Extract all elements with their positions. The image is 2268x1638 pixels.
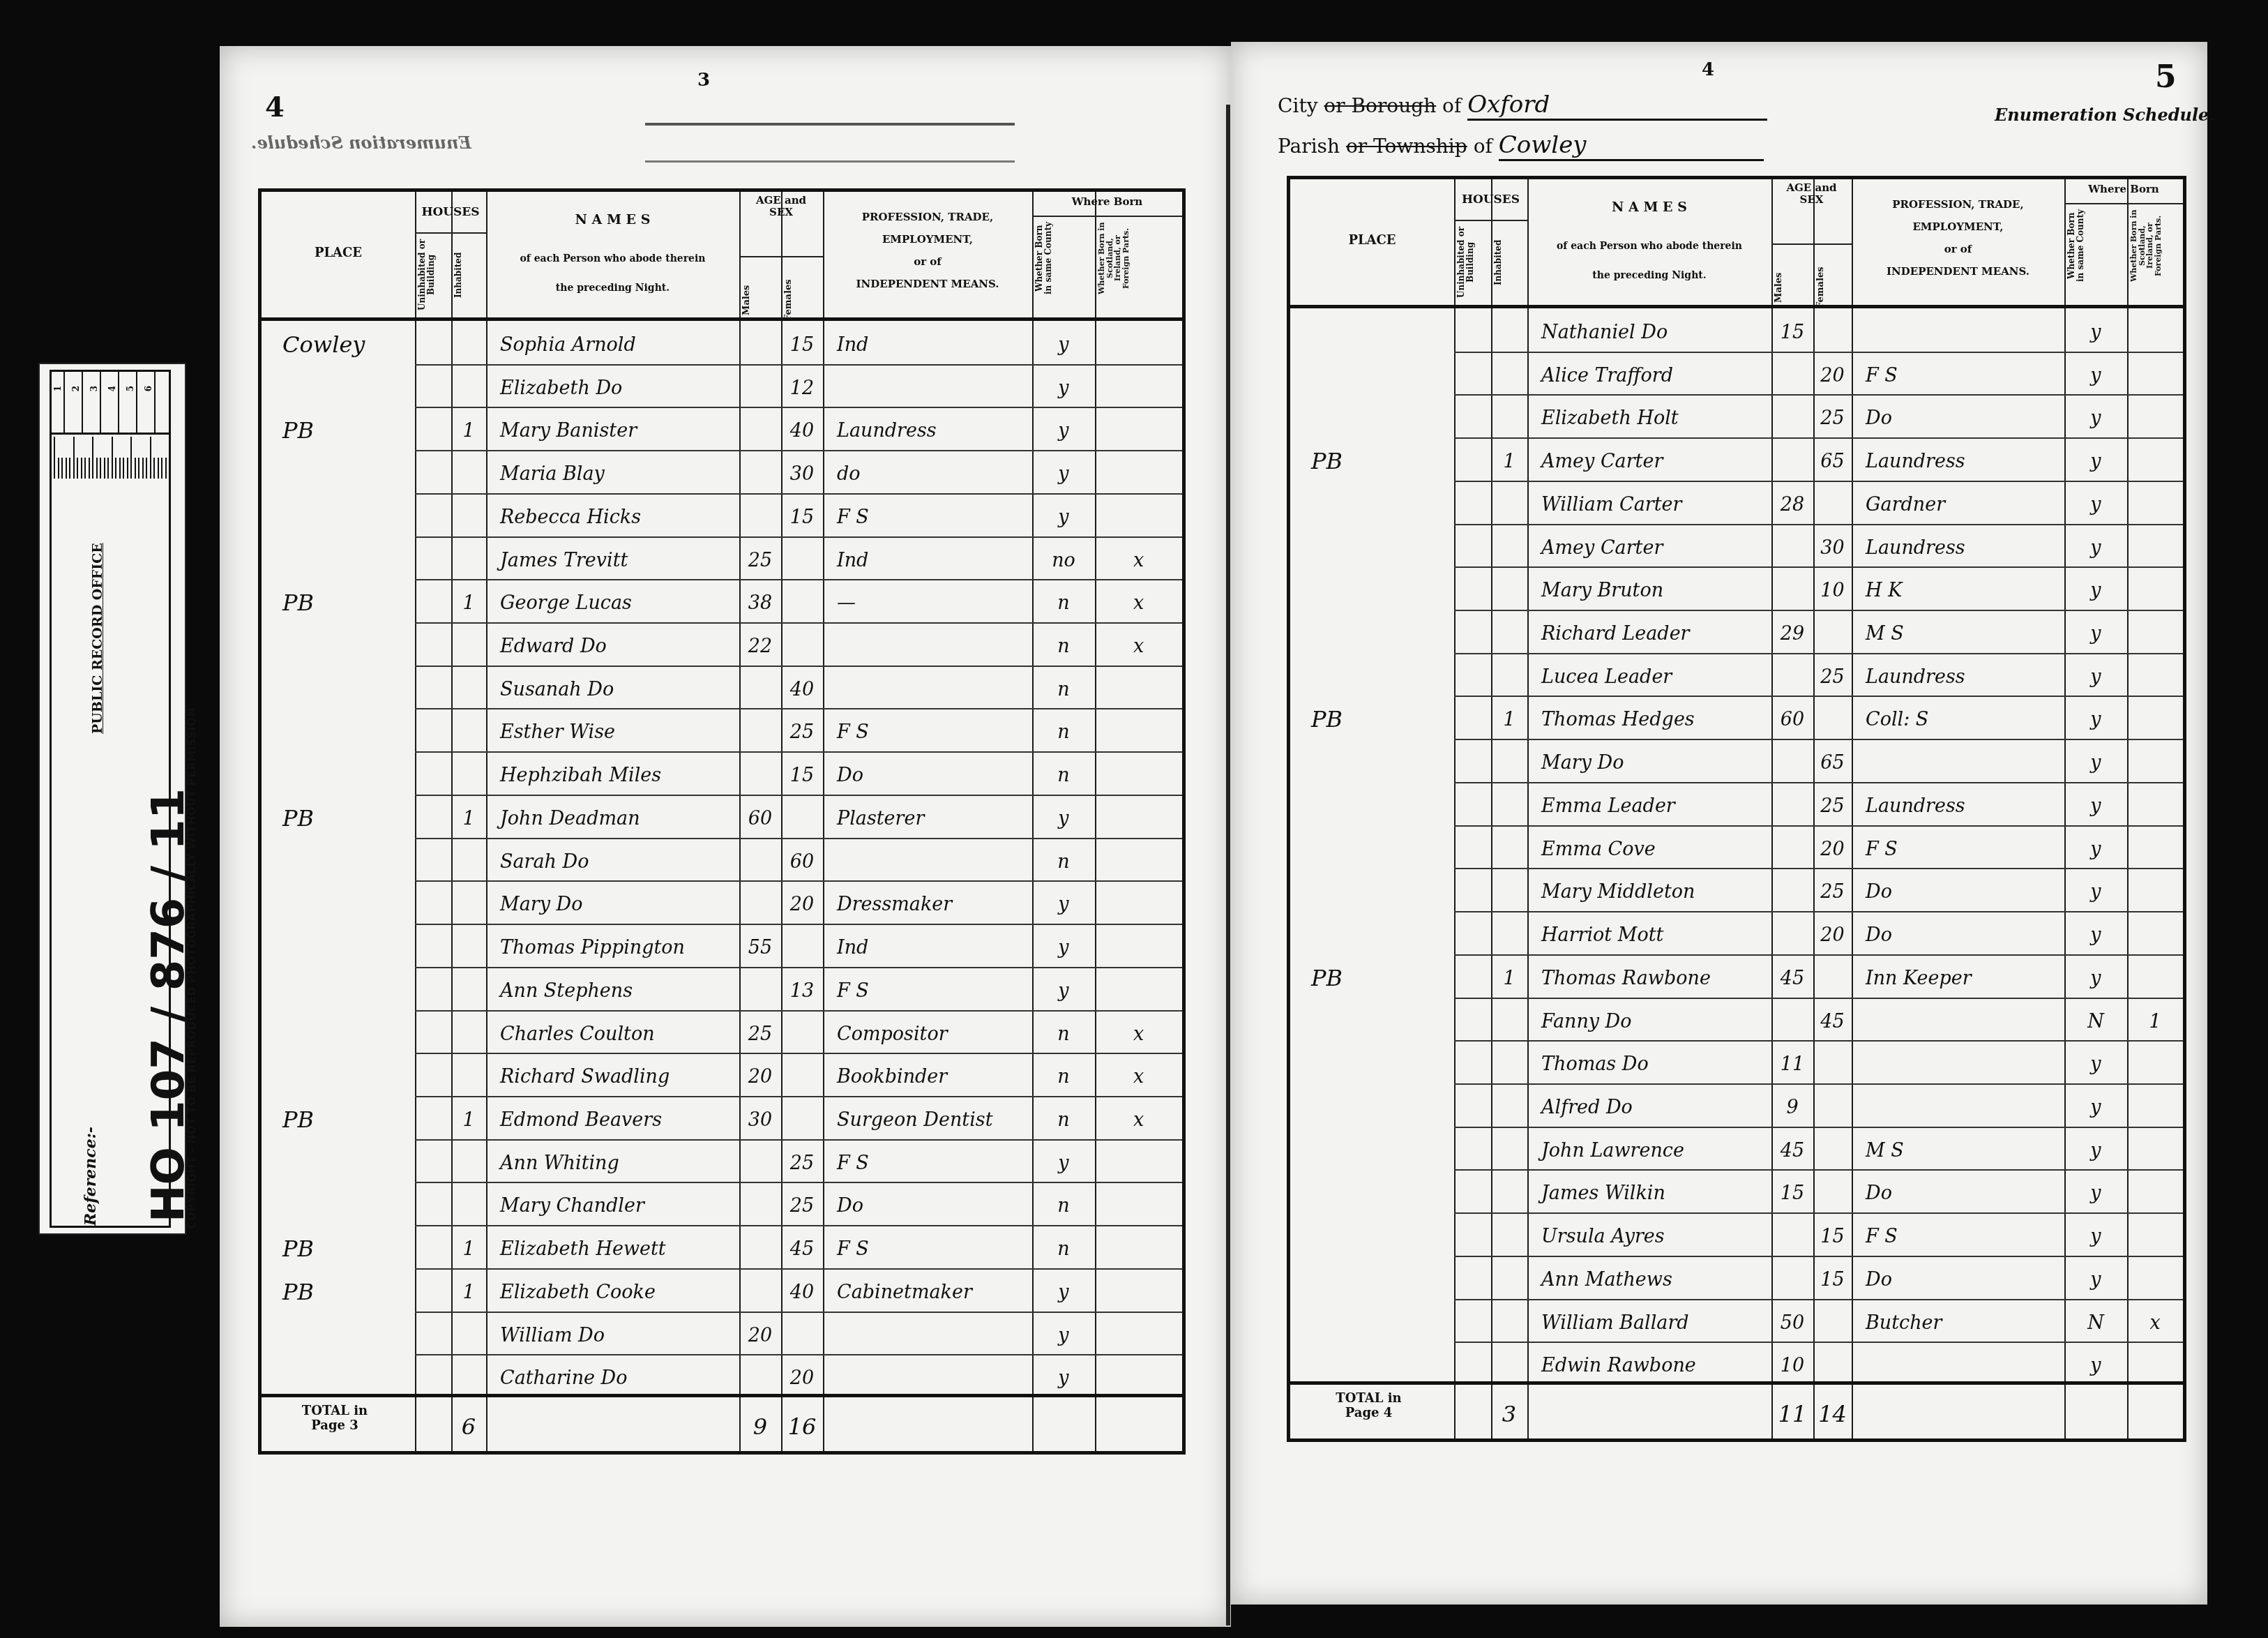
column-header-born-county: Whether Born in same County xyxy=(1035,220,1092,296)
column-divider xyxy=(1852,179,1853,1438)
males-cell: 60 xyxy=(1771,698,1813,742)
name-cell: Charles Coulton xyxy=(500,1013,739,1056)
profession-cell: Bookbinder xyxy=(837,1055,1032,1099)
males-cell: 11 xyxy=(1771,1043,1813,1086)
inhabited-cell: 1 xyxy=(451,1228,486,1271)
females-cell: 40 xyxy=(781,1271,823,1314)
profession-cell: F S xyxy=(837,1142,1032,1185)
born-county-cell: y xyxy=(2064,440,2127,483)
inhabited-cell: 1 xyxy=(451,409,486,453)
profession-cell: Cabinetmaker xyxy=(837,1271,1032,1314)
females-cell: 13 xyxy=(781,970,823,1013)
row-divider xyxy=(1454,696,2183,697)
ruler-cm-line xyxy=(63,370,65,433)
name-cell: Mary Chandler xyxy=(500,1185,739,1228)
profession-cell: Surgeon Dentist xyxy=(837,1099,1032,1142)
ruler-cm-label: 2 xyxy=(71,386,81,391)
females-cell: 20 xyxy=(1813,354,1852,398)
place-cell: PB xyxy=(1311,440,1454,483)
born-abroad-cell: x xyxy=(1095,1055,1182,1099)
row-divider xyxy=(1454,1083,2183,1085)
females-cell: 45 xyxy=(1813,1000,1852,1044)
row-divider xyxy=(415,1182,1182,1183)
profession-cell: F S xyxy=(837,711,1032,754)
females-cell: 15 xyxy=(781,754,823,797)
row-divider xyxy=(415,622,1182,624)
born-county-cell: y xyxy=(2064,1344,2127,1388)
copyright-notice: COPYRIGHT - NOT TO BE REPRODUCED PHOTOGR… xyxy=(185,707,198,1229)
row-divider xyxy=(1454,1212,2183,1214)
row-divider xyxy=(415,1225,1182,1226)
name-cell: Richard Swadling xyxy=(500,1055,739,1099)
name-cell: John Deadman xyxy=(500,797,739,841)
profession-cell: Laundress xyxy=(1866,656,2064,699)
born-abroad-cell: x xyxy=(1095,582,1182,625)
profession-cell: Plasterer xyxy=(837,797,1032,841)
born-county-cell: y xyxy=(2064,914,2127,957)
column-header-profession: EMPLOYMENT, xyxy=(1852,221,2064,233)
males-cell: 30 xyxy=(739,1099,781,1142)
profession-cell: Do xyxy=(837,1185,1032,1228)
males-cell: 29 xyxy=(1771,613,1813,656)
born-county-cell: y xyxy=(1032,367,1095,410)
name-cell: Elizabeth Hewett xyxy=(500,1228,739,1271)
row-divider xyxy=(1454,566,2183,568)
name-cell: Sophia Arnold xyxy=(500,324,739,367)
name-cell: William Ballard xyxy=(1541,1302,1771,1345)
ruler-tick xyxy=(81,458,82,479)
females-cell: 20 xyxy=(1813,828,1852,871)
row-divider xyxy=(415,1312,1182,1313)
total-label: TOTAL in Page 4 xyxy=(1290,1392,1447,1420)
ruler-tick xyxy=(119,458,121,479)
females-cell: 65 xyxy=(1813,440,1852,483)
ruler-tick xyxy=(104,458,105,479)
profession-cell: Ind xyxy=(837,324,1032,367)
parish-label-struck: or Township xyxy=(1346,135,1467,158)
header-divider xyxy=(1290,305,2183,308)
left-header-rule-2 xyxy=(645,160,1015,163)
born-abroad-cell: x xyxy=(1095,625,1182,668)
place-cell: PB xyxy=(282,1099,415,1142)
profession-cell: Do xyxy=(1866,871,2064,914)
ruler-tick xyxy=(73,437,75,479)
males-cell: 25 xyxy=(739,1013,781,1056)
females-cell: 15 xyxy=(1813,1215,1852,1258)
born-county-cell: y xyxy=(2064,1129,2127,1173)
row-divider xyxy=(415,536,1182,538)
column-header-inhabited: Inhabited xyxy=(1494,224,1525,301)
ruler-tick xyxy=(161,458,162,479)
born-county-cell: y xyxy=(2064,1258,2127,1302)
born-county-cell: y xyxy=(2064,311,2127,354)
born-county-cell: no xyxy=(1032,539,1095,583)
row-divider xyxy=(1454,394,2183,396)
born-county-cell: y xyxy=(2064,742,2127,785)
row-divider xyxy=(1454,782,2183,783)
born-county-cell: y xyxy=(2064,871,2127,914)
name-cell: Emma Cove xyxy=(1541,828,1771,871)
ruler-tick xyxy=(112,437,113,479)
profession-cell: F S xyxy=(1866,1215,2064,1258)
profession-cell: Do xyxy=(1866,1172,2064,1215)
column-divider xyxy=(1491,179,1492,1438)
row-divider xyxy=(415,493,1182,495)
column-header-where-born: Where Born xyxy=(2064,183,2183,195)
profession-cell: Compositor xyxy=(837,1013,1032,1056)
males-cell: 28 xyxy=(1771,483,1813,527)
column-header-inhabited: Inhabited xyxy=(454,236,483,313)
parish-line: Parish or Township of Cowley xyxy=(1278,131,1764,161)
column-header-profession: EMPLOYMENT, xyxy=(823,234,1032,246)
name-cell: Mary Do xyxy=(500,883,739,926)
born-county-cell: n xyxy=(1032,1055,1095,1099)
column-header-males: Males xyxy=(742,262,778,338)
born-county-cell: y xyxy=(2064,1172,2127,1215)
row-divider xyxy=(1454,1256,2183,1257)
name-cell: Thomas Pippington xyxy=(500,926,739,970)
born-county-cell: n xyxy=(1032,841,1095,884)
ruler-cm-line xyxy=(82,370,83,433)
born-abroad-cell: x xyxy=(1095,1013,1182,1056)
females-cell: 25 xyxy=(1813,871,1852,914)
header-divider xyxy=(262,317,1182,321)
place-cell: Cowley xyxy=(282,324,415,367)
females-cell: 25 xyxy=(1813,397,1852,440)
place-cell: PB xyxy=(282,1271,415,1314)
column-header-profession: INDEPENDENT MEANS. xyxy=(823,278,1032,290)
females-cell: 25 xyxy=(781,711,823,754)
ruler-divider xyxy=(50,433,171,435)
name-cell: Edwin Rawbone xyxy=(1541,1344,1771,1388)
born-county-cell: N xyxy=(2064,1000,2127,1044)
parish-label-of: of xyxy=(1474,135,1492,158)
ruler-tick xyxy=(165,458,167,479)
born-county-cell: n xyxy=(1032,668,1095,712)
name-cell: Thomas Hedges xyxy=(1541,698,1771,742)
column-header-profession: PROFESSION, TRADE, xyxy=(1852,199,2064,211)
column-header-houses: HOUSES xyxy=(1454,193,1527,207)
females-cell: 25 xyxy=(781,1185,823,1228)
females-cell: 45 xyxy=(781,1228,823,1271)
born-county-cell: y xyxy=(2064,483,2127,527)
profession-cell: Do xyxy=(1866,914,2064,957)
ruler-tick xyxy=(77,458,78,479)
column-header-houses: HOUSES xyxy=(415,206,486,220)
place-cell: PB xyxy=(282,1228,415,1271)
ruler-tick xyxy=(150,437,151,479)
column-header-names-sub1: of each Person who abode therein xyxy=(486,253,739,264)
name-cell: Edmond Beavers xyxy=(500,1099,739,1142)
total-males: 11 xyxy=(1771,1389,1813,1439)
row-divider xyxy=(415,708,1182,709)
name-cell: Elizabeth Cooke xyxy=(500,1271,739,1314)
name-cell: Mary Middleton xyxy=(1541,871,1771,914)
born-county-cell: y xyxy=(2064,397,2127,440)
born-county-cell: n xyxy=(1032,1099,1095,1142)
houses-subdivider xyxy=(1454,220,1527,221)
born-county-cell: y xyxy=(2064,354,2127,398)
born-county-cell: y xyxy=(2064,957,2127,1000)
book-binding xyxy=(1226,105,1230,1625)
born-county-cell: n xyxy=(1032,1013,1095,1056)
females-cell: 10 xyxy=(1813,569,1852,613)
ruler-tick xyxy=(61,458,63,479)
inhabited-cell: 1 xyxy=(1491,698,1527,742)
houses-subdivider xyxy=(415,232,486,234)
row-divider xyxy=(415,666,1182,667)
males-cell: 50 xyxy=(1771,1302,1813,1345)
profession-cell: Ind xyxy=(837,539,1032,583)
column-header-uninhabited: Uninhabited or Building xyxy=(418,236,448,313)
profession-cell: — xyxy=(837,582,1032,625)
row-divider xyxy=(415,838,1182,839)
ruler-cm-label: 6 xyxy=(144,386,153,391)
born-county-cell: y xyxy=(1032,1314,1095,1358)
column-divider xyxy=(2127,179,2129,1438)
born-county-cell: y xyxy=(2064,1086,2127,1129)
row-divider xyxy=(1454,352,2183,353)
row-divider xyxy=(415,751,1182,753)
ruler-tick xyxy=(142,458,144,479)
place-cell: PB xyxy=(282,409,415,453)
males-cell: 60 xyxy=(739,797,781,841)
ruler-tick xyxy=(146,458,147,479)
name-cell: William Do xyxy=(500,1314,739,1358)
ruler-cm-line xyxy=(154,370,156,433)
row-divider xyxy=(415,1053,1182,1054)
ruler-tick xyxy=(54,437,55,479)
right-census-table: PLACEHOUSESUninhabited or BuildingInhabi… xyxy=(1287,176,2186,1442)
name-cell: Mary Banister xyxy=(500,409,739,453)
born-county-cell: y xyxy=(2064,785,2127,828)
born-county-cell: y xyxy=(2064,569,2127,613)
column-header-where-born: Where Born xyxy=(1032,196,1182,208)
total-males: 9 xyxy=(739,1402,781,1452)
name-cell: George Lucas xyxy=(500,582,739,625)
name-cell: Alfred Do xyxy=(1541,1086,1771,1129)
born-county-cell: y xyxy=(1032,1142,1095,1185)
profession-cell: Butcher xyxy=(1866,1302,2064,1345)
born-county-cell: n xyxy=(1032,1228,1095,1271)
name-cell: Mary Do xyxy=(1541,742,1771,785)
row-divider xyxy=(1454,524,2183,525)
profession-cell: Ind xyxy=(837,926,1032,970)
males-cell: 20 xyxy=(739,1314,781,1358)
name-cell: Richard Leader xyxy=(1541,613,1771,656)
born-county-cell: y xyxy=(1032,324,1095,367)
column-divider xyxy=(1527,179,1529,1438)
ruler-tick xyxy=(69,458,70,479)
column-header-profession: or of xyxy=(823,256,1032,268)
total-page-label: Page 4 xyxy=(1345,1406,1393,1420)
left-census-table: PLACEHOUSESUninhabited or BuildingInhabi… xyxy=(258,188,1186,1455)
ruler-cm-label: 5 xyxy=(126,386,135,391)
column-header-profession: PROFESSION, TRADE, xyxy=(823,211,1032,223)
row-divider xyxy=(415,1010,1182,1012)
total-label: TOTAL in Page 3 xyxy=(262,1404,408,1433)
name-cell: Elizabeth Do xyxy=(500,367,739,410)
ruler-tick xyxy=(158,458,159,479)
males-cell: 45 xyxy=(1771,957,1813,1000)
row-divider xyxy=(415,579,1182,580)
profession-cell: Gardner xyxy=(1866,483,2064,527)
name-cell: Ann Mathews xyxy=(1541,1258,1771,1302)
row-divider xyxy=(415,967,1182,968)
column-header-names-sub1: of each Person who abode therein xyxy=(1527,241,1771,252)
name-cell: Emma Leader xyxy=(1541,785,1771,828)
parish-value: Cowley xyxy=(1499,131,1764,161)
column-divider xyxy=(1771,179,1773,1438)
profession-cell: F S xyxy=(1866,828,2064,871)
ruler-tick xyxy=(138,458,139,479)
name-cell: Harriot Mott xyxy=(1541,914,1771,957)
name-cell: Alice Trafford xyxy=(1541,354,1771,398)
females-cell: 15 xyxy=(1813,1258,1852,1302)
column-divider xyxy=(823,192,824,1451)
name-cell: Thomas Rawbone xyxy=(1541,957,1771,1000)
females-cell: 65 xyxy=(1813,742,1852,785)
row-divider xyxy=(1454,653,2183,654)
total-inhabited: 6 xyxy=(451,1402,486,1452)
profession-cell: M S xyxy=(1866,1129,2064,1173)
ruler-tick xyxy=(127,458,128,479)
females-cell: 40 xyxy=(781,668,823,712)
row-divider xyxy=(1454,1299,2183,1300)
profession-cell: Laundress xyxy=(1866,527,2064,570)
ruler-tick xyxy=(153,458,155,479)
females-cell: 15 xyxy=(781,324,823,367)
row-divider xyxy=(415,364,1182,366)
name-cell: Amey Carter xyxy=(1541,527,1771,570)
column-header-born-abroad: Whether Born in Scotland, Ireland, or Fo… xyxy=(1098,220,1175,296)
name-cell: Catharine Do xyxy=(500,1357,739,1400)
column-header-names: N A M E S xyxy=(1527,200,1771,216)
reference-label: Reference:- xyxy=(82,1127,100,1226)
office-label: PUBLIC RECORD OFFICE xyxy=(90,543,105,734)
column-header-age-sex: AGE and SEX xyxy=(749,195,813,219)
males-cell: 10 xyxy=(1771,1344,1813,1388)
name-cell: Ann Whiting xyxy=(500,1142,739,1185)
females-cell: 12 xyxy=(781,367,823,410)
ruler-tick xyxy=(58,458,59,479)
profession-cell: Inn Keeper xyxy=(1866,957,2064,1000)
name-cell: Lucea Leader xyxy=(1541,656,1771,699)
born-county-cell: y xyxy=(1032,409,1095,453)
row-divider xyxy=(415,450,1182,451)
females-cell: 30 xyxy=(1813,527,1852,570)
born-county-cell: y xyxy=(1032,970,1095,1013)
born-county-cell: y xyxy=(2064,1215,2127,1258)
where-born-subdivider xyxy=(2064,203,2183,204)
males-cell: 22 xyxy=(739,625,781,668)
name-cell: Esther Wise xyxy=(500,711,739,754)
profession-cell: Laundress xyxy=(837,409,1032,453)
name-cell: John Lawrence xyxy=(1541,1129,1771,1173)
column-header-names-sub2: the preceding Night. xyxy=(1527,270,1771,281)
column-header-born-abroad: Whether Born in Scotland, Ireland, or Fo… xyxy=(2130,207,2176,284)
born-county-cell: y xyxy=(2064,698,2127,742)
column-divider xyxy=(1454,179,1456,1438)
males-cell: 15 xyxy=(1771,1172,1813,1215)
born-county-cell: n xyxy=(1032,625,1095,668)
total-females: 14 xyxy=(1813,1389,1852,1439)
row-divider xyxy=(1454,825,2183,827)
ruler-cm-line xyxy=(100,370,101,433)
inhabited-cell: 1 xyxy=(1491,957,1527,1000)
females-cell: 30 xyxy=(781,453,823,496)
males-cell: 38 xyxy=(739,582,781,625)
name-cell: Mary Bruton xyxy=(1541,569,1771,613)
row-divider xyxy=(415,1139,1182,1141)
name-cell: Susanah Do xyxy=(500,668,739,712)
name-cell: Sarah Do xyxy=(500,841,739,884)
ruler-cm-line xyxy=(136,370,137,433)
left-corner-number: 4 xyxy=(265,91,285,123)
row-divider xyxy=(415,1354,1182,1355)
males-cell: 15 xyxy=(1771,311,1813,354)
ruler-tick xyxy=(66,458,67,479)
row-divider xyxy=(415,1096,1182,1097)
profession-cell: M S xyxy=(1866,613,2064,656)
ruler-tick xyxy=(96,458,98,479)
inhabited-cell: 1 xyxy=(451,1099,486,1142)
name-cell: Rebecca Hicks xyxy=(500,496,739,539)
profession-cell: do xyxy=(837,453,1032,496)
females-cell: 15 xyxy=(781,496,823,539)
born-county-cell: y xyxy=(1032,797,1095,841)
profession-cell: F S xyxy=(837,496,1032,539)
females-cell: 20 xyxy=(1813,914,1852,957)
females-cell: 60 xyxy=(781,841,823,884)
city-line: City or Borough of Oxford xyxy=(1278,91,1767,121)
parish-label: Parish xyxy=(1278,135,1340,158)
measurement-ruler: 123456 xyxy=(50,370,171,485)
born-abroad-cell: x xyxy=(2127,1302,2183,1345)
profession-cell: Coll: S xyxy=(1866,698,2064,742)
profession-cell: H K xyxy=(1866,569,2064,613)
ruler-tick xyxy=(130,437,132,479)
column-header-names-sub2: the preceding Night. xyxy=(486,283,739,294)
males-cell: 9 xyxy=(1771,1086,1813,1129)
born-county-cell: y xyxy=(2064,613,2127,656)
column-header-age-sex: AGE and SEX xyxy=(1781,182,1842,206)
born-county-cell: y xyxy=(1032,883,1095,926)
born-abroad-cell: x xyxy=(1095,1099,1182,1142)
name-cell: Nathaniel Do xyxy=(1541,311,1771,354)
city-label-struck: or Borough xyxy=(1324,94,1436,117)
born-county-cell: y xyxy=(2064,527,2127,570)
where-born-subdivider xyxy=(1032,216,1182,217)
row-divider xyxy=(1454,1127,2183,1128)
born-county-cell: y xyxy=(2064,656,2127,699)
place-cell: PB xyxy=(282,797,415,841)
born-county-cell: n xyxy=(1032,582,1095,625)
born-county-cell: y xyxy=(2064,828,2127,871)
ruler-tick xyxy=(107,458,109,479)
males-cell: 45 xyxy=(1771,1129,1813,1173)
ruler-cm-label: 4 xyxy=(107,386,117,391)
name-cell: Ann Stephens xyxy=(500,970,739,1013)
row-divider xyxy=(1454,1169,2183,1171)
place-cell: PB xyxy=(282,582,415,625)
females-cell: 25 xyxy=(781,1142,823,1185)
born-county-cell: y xyxy=(1032,1357,1095,1400)
name-cell: Amey Carter xyxy=(1541,440,1771,483)
age-subdivider xyxy=(739,256,823,257)
row-divider xyxy=(415,795,1182,796)
females-cell: 20 xyxy=(781,883,823,926)
